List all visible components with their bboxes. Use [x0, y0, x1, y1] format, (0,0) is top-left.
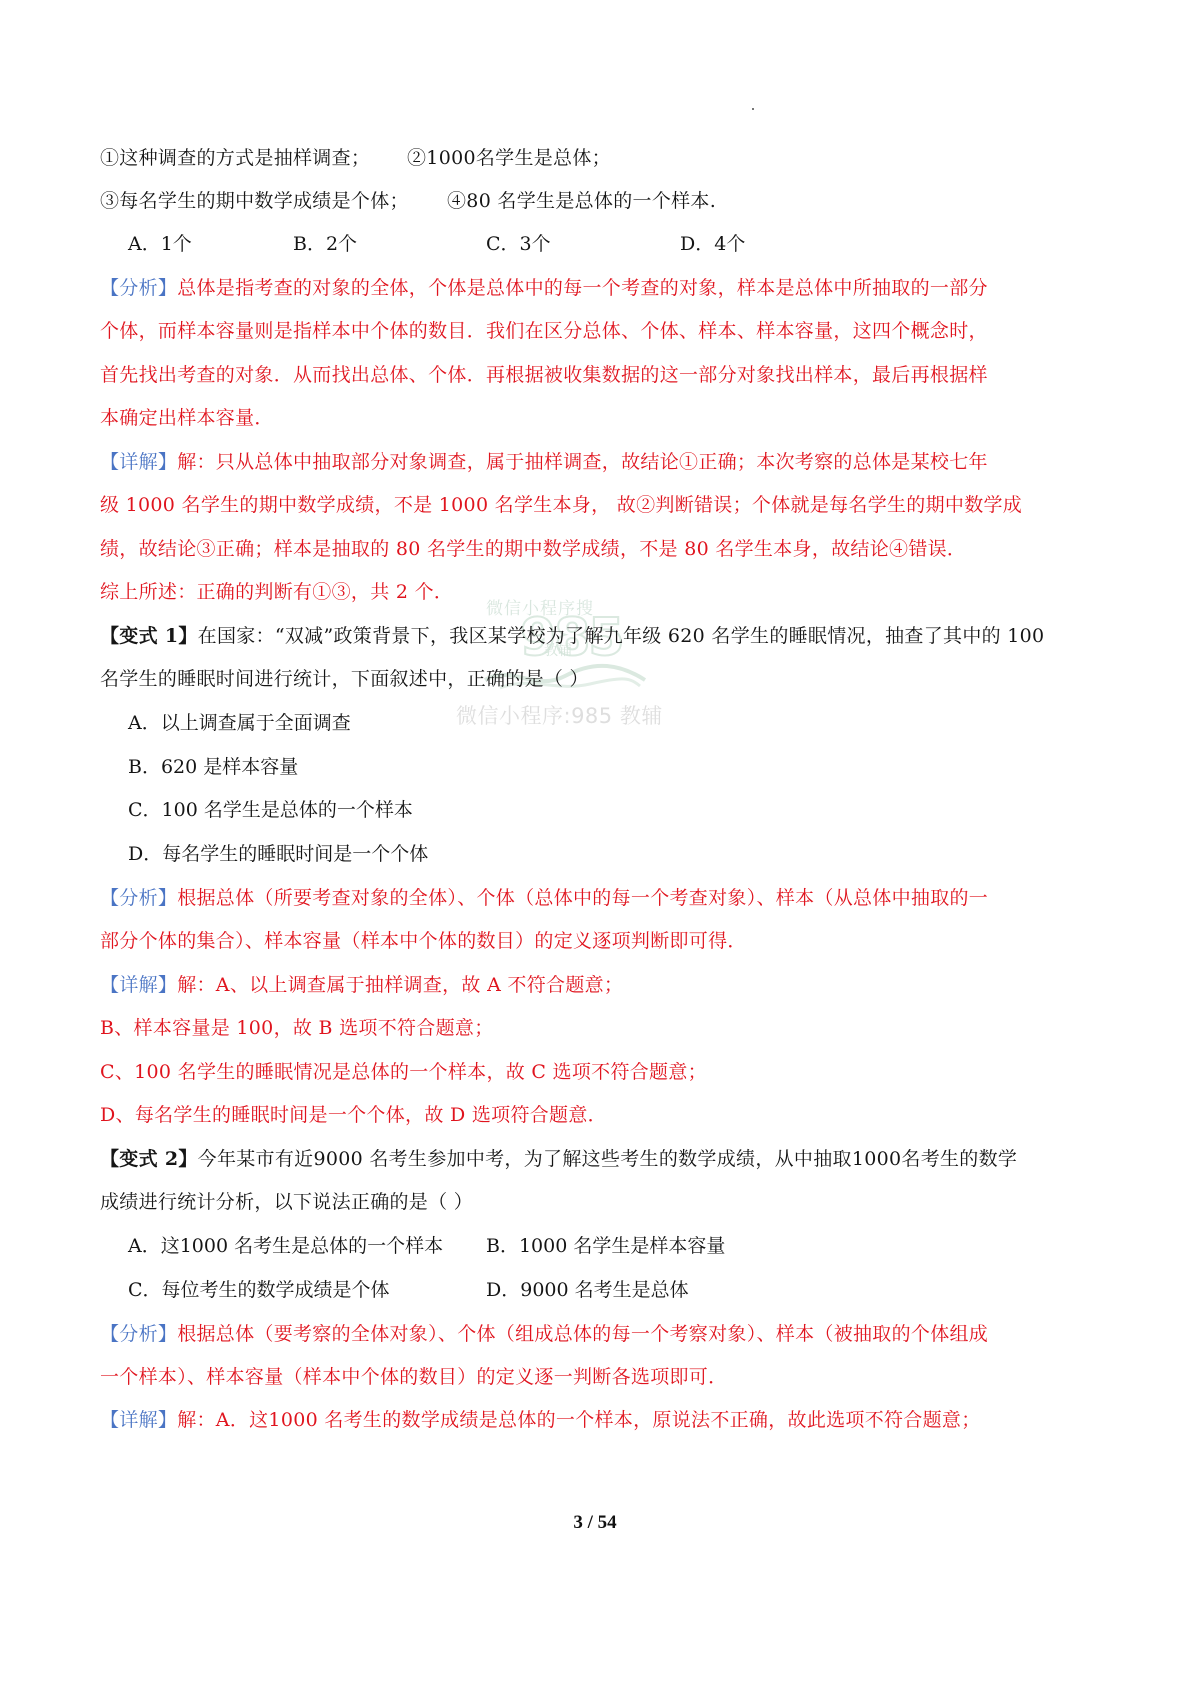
analysis-line-2: 个体，而样本容量则是指样本中个体的数目．我们在区分总体、个体、样本、样本容量，这…	[100, 319, 988, 343]
variant1-option-b: B．620 是样本容量	[128, 755, 298, 779]
variant2-solution-text: 解：A．这1000 名考生的数学成绩是总体的一个样本，原说法不正确，故此选项不符…	[177, 1409, 980, 1431]
solution-line-1: 【详解】解：只从总体中抽取部分对象调查，属于抽样调查，故结论①正确；本次考察的总…	[100, 450, 988, 474]
variant1-option-d: D．每名学生的睡眠时间是一个个体	[128, 842, 428, 866]
variant1-solution-line-2: B、样本容量是 100，故 B 选项不符合题意；	[100, 1016, 494, 1040]
stray-dot	[752, 108, 754, 110]
variant1-analysis-text: 根据总体（所要考查对象的全体）、个体（总体中的每一个考查对象）、样本（从总体中抽…	[177, 887, 988, 909]
solution-line-2: 级 1000 名学生的期中数学成绩，不是 1000 名学生本身， 故②判断错误；…	[100, 493, 1022, 517]
variant2-option-d: D．9000 名考生是总体	[486, 1278, 689, 1302]
document-page: 微信小程序搜 985 教辅 微信小程序:985 教辅 ①这种调查的方式是抽样调查…	[0, 0, 1190, 1683]
solution-tag: 【详解】	[100, 451, 177, 473]
variant2-option-c: C．每位考生的数学成绩是个体	[128, 1278, 390, 1302]
variant1-option-c: C．100 名学生是总体的一个样本	[128, 798, 413, 822]
option-c: C．3个	[486, 232, 551, 256]
analysis-text: 总体是指考查的对象的全体，个体是总体中的每一个考查的对象，样本是总体中所抽取的一…	[177, 277, 988, 299]
variant2-tag: 【变式 2】	[100, 1148, 198, 1170]
analysis-line-3: 首先找出考查的对象．从而找出总体、个体．再根据被收集数据的这一部分对象找出样本，…	[100, 363, 988, 387]
variant2-analysis-tag: 【分析】	[100, 1323, 177, 1345]
option-d: D．4个	[680, 232, 745, 256]
statement-2: ②1000名学生是总体；	[407, 146, 611, 170]
page-number: 3 / 54	[0, 1512, 1190, 1534]
variant2-analysis-text: 根据总体（要考察的全体对象）、个体（组成总体的每一个考察对象）、样本（被抽取的个…	[177, 1323, 988, 1345]
variant2-analysis-line-2: 一个样本）、样本容量（样本中个体的数目）的定义逐一判断各选项即可．	[100, 1365, 727, 1389]
solution-line-4: 综上所述：正确的判断有①③，共 2 个．	[100, 580, 453, 604]
variant1-analysis-tag: 【分析】	[100, 887, 177, 909]
solution-text: 解：只从总体中抽取部分对象调查，属于抽样调查，故结论①正确；本次考察的总体是某校…	[177, 451, 988, 473]
option-a: A．1个	[128, 232, 192, 256]
variant1-solution-text: 解：A、以上调查属于抽样调查，故 A 不符合题意；	[177, 974, 623, 996]
variant1-stem-line-2: 名学生的睡眠时间进行统计，下面叙述中，正确的是（ ）	[100, 667, 589, 691]
variant2-stem-text: 今年某市有近9000 名考生参加中考，为了解这些考生的数学成绩，从中抽取1000…	[198, 1148, 1018, 1170]
variant2-solution-line-1: 【详解】解：A．这1000 名考生的数学成绩是总体的一个样本，原说法不正确，故此…	[100, 1408, 981, 1432]
statement-row-1: ①这种调查的方式是抽样调查； ②1000名学生是总体；	[100, 146, 370, 170]
statement-1: ①这种调查的方式是抽样调查；	[100, 147, 370, 169]
option-b: B．2个	[293, 232, 357, 256]
variant1-analysis-line-2: 部分个体的集合）、样本容量（样本中个体的数目）的定义逐项判断即可得．	[100, 929, 747, 953]
variant1-option-a: A．以上调查属于全面调查	[128, 711, 351, 735]
statement-4: ④80 名学生是总体的一个样本.	[447, 189, 716, 213]
variant2-analysis-line-1: 【分析】根据总体（要考察的全体对象）、个体（组成总体的每一个考察对象）、样本（被…	[100, 1322, 988, 1346]
variant2-stem-line-1: 【变式 2】今年某市有近9000 名考生参加中考，为了解这些考生的数学成绩，从中…	[100, 1147, 1017, 1171]
solution-line-3: 绩，故结论③正确；样本是抽取的 80 名学生的期中数学成绩，不是 80 名学生本…	[100, 537, 966, 561]
variant1-solution-tag: 【详解】	[100, 974, 177, 996]
variant1-solution-line-4: D、每名学生的睡眠时间是一个个体，故 D 选项符合题意．	[100, 1103, 607, 1127]
analysis-line-4: 本确定出样本容量．	[100, 406, 274, 430]
statement-3: ③每名学生的期中数学成绩是个体；	[100, 190, 409, 212]
variant2-stem-line-2: 成绩进行统计分析，以下说法正确的是（ ）	[100, 1190, 473, 1214]
variant1-stem-line-1: 【变式 1】在国家：“双减”政策背景下，我区某学校为了解九年级 620 名学生的…	[100, 624, 1044, 648]
variant2-option-a: A．这1000 名考生是总体的一个样本	[128, 1234, 443, 1258]
variant1-solution-line-1: 【详解】解：A、以上调查属于抽样调查，故 A 不符合题意；	[100, 973, 623, 997]
analysis-line-1: 【分析】总体是指考查的对象的全体，个体是总体中的每一个考查的对象，样本是总体中所…	[100, 276, 988, 300]
variant1-analysis-line-1: 【分析】根据总体（所要考查对象的全体）、个体（总体中的每一个考查对象）、样本（从…	[100, 886, 988, 910]
variant2-solution-tag: 【详解】	[100, 1409, 177, 1431]
variant1-stem-text: 在国家：“双减”政策背景下，我区某学校为了解九年级 620 名学生的睡眠情况，抽…	[198, 625, 1045, 647]
watermark-top-text: 微信小程序搜	[486, 594, 594, 619]
variant1-solution-line-3: C、100 名学生的睡眠情况是总体的一个样本，故 C 选项不符合题意；	[100, 1060, 707, 1084]
watermark-bottom-text: 微信小程序:985 教辅	[456, 700, 663, 730]
variant1-tag: 【变式 1】	[100, 625, 198, 647]
analysis-tag: 【分析】	[100, 277, 177, 299]
statement-row-2: ③每名学生的期中数学成绩是个体； ④80 名学生是总体的一个样本.	[100, 189, 409, 213]
variant2-option-b: B．1000 名学生是样本容量	[486, 1234, 725, 1258]
